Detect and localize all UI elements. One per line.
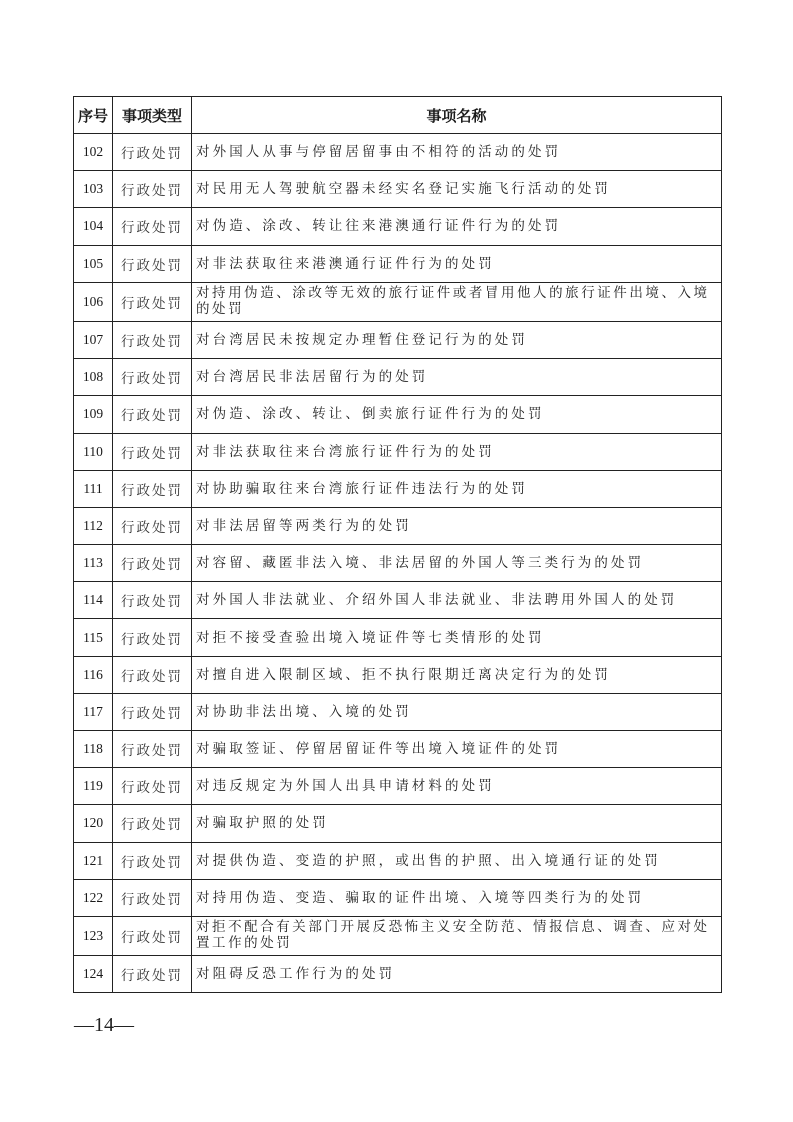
row-type: 行政处罚: [113, 359, 192, 396]
row-type: 行政处罚: [113, 507, 192, 544]
row-name: 对骗取护照的处罚: [192, 805, 722, 842]
row-name: 对容留、藏匿非法入境、非法居留的外国人等三类行为的处罚: [192, 545, 722, 582]
table-row: 108行政处罚对台湾居民非法居留行为的处罚: [74, 359, 722, 396]
row-name: 对骗取签证、停留居留证件等出境入境证件的处罚: [192, 731, 722, 768]
row-seq: 105: [74, 245, 113, 282]
table-row: 103行政处罚对民用无人驾驶航空器未经实名登记实施飞行活动的处罚: [74, 171, 722, 208]
table-row: 121行政处罚对提供伪造、变造的护照，或出售的护照、出入境通行证的处罚: [74, 842, 722, 879]
table-row: 112行政处罚对非法居留等两类行为的处罚: [74, 507, 722, 544]
row-type: 行政处罚: [113, 321, 192, 358]
row-seq: 103: [74, 171, 113, 208]
row-seq: 117: [74, 693, 113, 730]
table-row: 115行政处罚对拒不接受查验出境入境证件等七类情形的处罚: [74, 619, 722, 656]
row-type: 行政处罚: [113, 245, 192, 282]
table-row: 110行政处罚对非法获取往来台湾旅行证件行为的处罚: [74, 433, 722, 470]
row-type: 行政处罚: [113, 545, 192, 582]
row-type: 行政处罚: [113, 956, 192, 993]
row-name: 对持用伪造、涂改等无效的旅行证件或者冒用他人的旅行证件出境、入境的处罚: [192, 282, 722, 321]
items-table: 序号 事项类型 事项名称 102行政处罚对外国人从事与停留居留事由不相符的活动的…: [73, 96, 722, 993]
table-row: 114行政处罚对外国人非法就业、介绍外国人非法就业、非法聘用外国人的处罚: [74, 582, 722, 619]
table-row: 113行政处罚对容留、藏匿非法入境、非法居留的外国人等三类行为的处罚: [74, 545, 722, 582]
row-type: 行政处罚: [113, 768, 192, 805]
table-row: 109行政处罚对伪造、涂改、转让、倒卖旅行证件行为的处罚: [74, 396, 722, 433]
row-seq: 115: [74, 619, 113, 656]
row-name: 对伪造、涂改、转让往来港澳通行证件行为的处罚: [192, 208, 722, 245]
row-seq: 122: [74, 879, 113, 916]
table-row: 102行政处罚对外国人从事与停留居留事由不相符的活动的处罚: [74, 134, 722, 171]
row-type: 行政处罚: [113, 134, 192, 171]
row-seq: 119: [74, 768, 113, 805]
row-type: 行政处罚: [113, 842, 192, 879]
table-row: 119行政处罚对违反规定为外国人出具申请材料的处罚: [74, 768, 722, 805]
row-name: 对非法居留等两类行为的处罚: [192, 507, 722, 544]
row-seq: 102: [74, 134, 113, 171]
table-row: 124行政处罚对阻碍反恐工作行为的处罚: [74, 956, 722, 993]
row-name: 对协助非法出境、入境的处罚: [192, 693, 722, 730]
row-seq: 121: [74, 842, 113, 879]
header-type: 事项类型: [113, 97, 192, 134]
row-type: 行政处罚: [113, 916, 192, 955]
row-seq: 120: [74, 805, 113, 842]
row-seq: 123: [74, 916, 113, 955]
table-row: 116行政处罚对擅自进入限制区域、拒不执行限期迁离决定行为的处罚: [74, 656, 722, 693]
row-name: 对阻碍反恐工作行为的处罚: [192, 956, 722, 993]
row-seq: 104: [74, 208, 113, 245]
header-seq: 序号: [74, 97, 113, 134]
row-name: 对擅自进入限制区域、拒不执行限期迁离决定行为的处罚: [192, 656, 722, 693]
row-type: 行政处罚: [113, 470, 192, 507]
row-seq: 114: [74, 582, 113, 619]
table-row: 123行政处罚对拒不配合有关部门开展反恐怖主义安全防范、情报信息、调查、应对处置…: [74, 916, 722, 955]
row-name: 对非法获取往来台湾旅行证件行为的处罚: [192, 433, 722, 470]
table-header-row: 序号 事项类型 事项名称: [74, 97, 722, 134]
row-name: 对拒不配合有关部门开展反恐怖主义安全防范、情报信息、调查、应对处置工作的处罚: [192, 916, 722, 955]
table-row: 104行政处罚对伪造、涂改、转让往来港澳通行证件行为的处罚: [74, 208, 722, 245]
header-name: 事项名称: [192, 97, 722, 134]
row-name: 对民用无人驾驶航空器未经实名登记实施飞行活动的处罚: [192, 171, 722, 208]
row-name: 对非法获取往来港澳通行证件行为的处罚: [192, 245, 722, 282]
row-seq: 116: [74, 656, 113, 693]
row-seq: 110: [74, 433, 113, 470]
row-type: 行政处罚: [113, 171, 192, 208]
row-name: 对拒不接受查验出境入境证件等七类情形的处罚: [192, 619, 722, 656]
table-row: 118行政处罚对骗取签证、停留居留证件等出境入境证件的处罚: [74, 731, 722, 768]
row-seq: 124: [74, 956, 113, 993]
table-row: 111行政处罚对协助骗取往来台湾旅行证件违法行为的处罚: [74, 470, 722, 507]
row-name: 对外国人非法就业、介绍外国人非法就业、非法聘用外国人的处罚: [192, 582, 722, 619]
row-type: 行政处罚: [113, 396, 192, 433]
table-row: 107行政处罚对台湾居民未按规定办理暂住登记行为的处罚: [74, 321, 722, 358]
row-seq: 109: [74, 396, 113, 433]
row-type: 行政处罚: [113, 879, 192, 916]
page-number: —14—: [74, 1014, 134, 1037]
row-type: 行政处罚: [113, 433, 192, 470]
row-name: 对台湾居民未按规定办理暂住登记行为的处罚: [192, 321, 722, 358]
table-row: 117行政处罚对协助非法出境、入境的处罚: [74, 693, 722, 730]
row-seq: 118: [74, 731, 113, 768]
table-row: 122行政处罚对持用伪造、变造、骗取的证件出境、入境等四类行为的处罚: [74, 879, 722, 916]
row-type: 行政处罚: [113, 582, 192, 619]
row-seq: 108: [74, 359, 113, 396]
row-type: 行政处罚: [113, 208, 192, 245]
row-type: 行政处罚: [113, 693, 192, 730]
row-seq: 111: [74, 470, 113, 507]
row-type: 行政处罚: [113, 619, 192, 656]
row-type: 行政处罚: [113, 805, 192, 842]
row-seq: 112: [74, 507, 113, 544]
row-name: 对协助骗取往来台湾旅行证件违法行为的处罚: [192, 470, 722, 507]
row-seq: 107: [74, 321, 113, 358]
row-seq: 106: [74, 282, 113, 321]
row-name: 对提供伪造、变造的护照，或出售的护照、出入境通行证的处罚: [192, 842, 722, 879]
table-row: 120行政处罚对骗取护照的处罚: [74, 805, 722, 842]
row-name: 对台湾居民非法居留行为的处罚: [192, 359, 722, 396]
table-row: 106行政处罚对持用伪造、涂改等无效的旅行证件或者冒用他人的旅行证件出境、入境的…: [74, 282, 722, 321]
row-name: 对违反规定为外国人出具申请材料的处罚: [192, 768, 722, 805]
row-name: 对外国人从事与停留居留事由不相符的活动的处罚: [192, 134, 722, 171]
row-seq: 113: [74, 545, 113, 582]
row-type: 行政处罚: [113, 731, 192, 768]
row-type: 行政处罚: [113, 656, 192, 693]
table-row: 105行政处罚对非法获取往来港澳通行证件行为的处罚: [74, 245, 722, 282]
row-name: 对伪造、涂改、转让、倒卖旅行证件行为的处罚: [192, 396, 722, 433]
row-name: 对持用伪造、变造、骗取的证件出境、入境等四类行为的处罚: [192, 879, 722, 916]
row-type: 行政处罚: [113, 282, 192, 321]
table-body: 102行政处罚对外国人从事与停留居留事由不相符的活动的处罚103行政处罚对民用无…: [74, 134, 722, 993]
